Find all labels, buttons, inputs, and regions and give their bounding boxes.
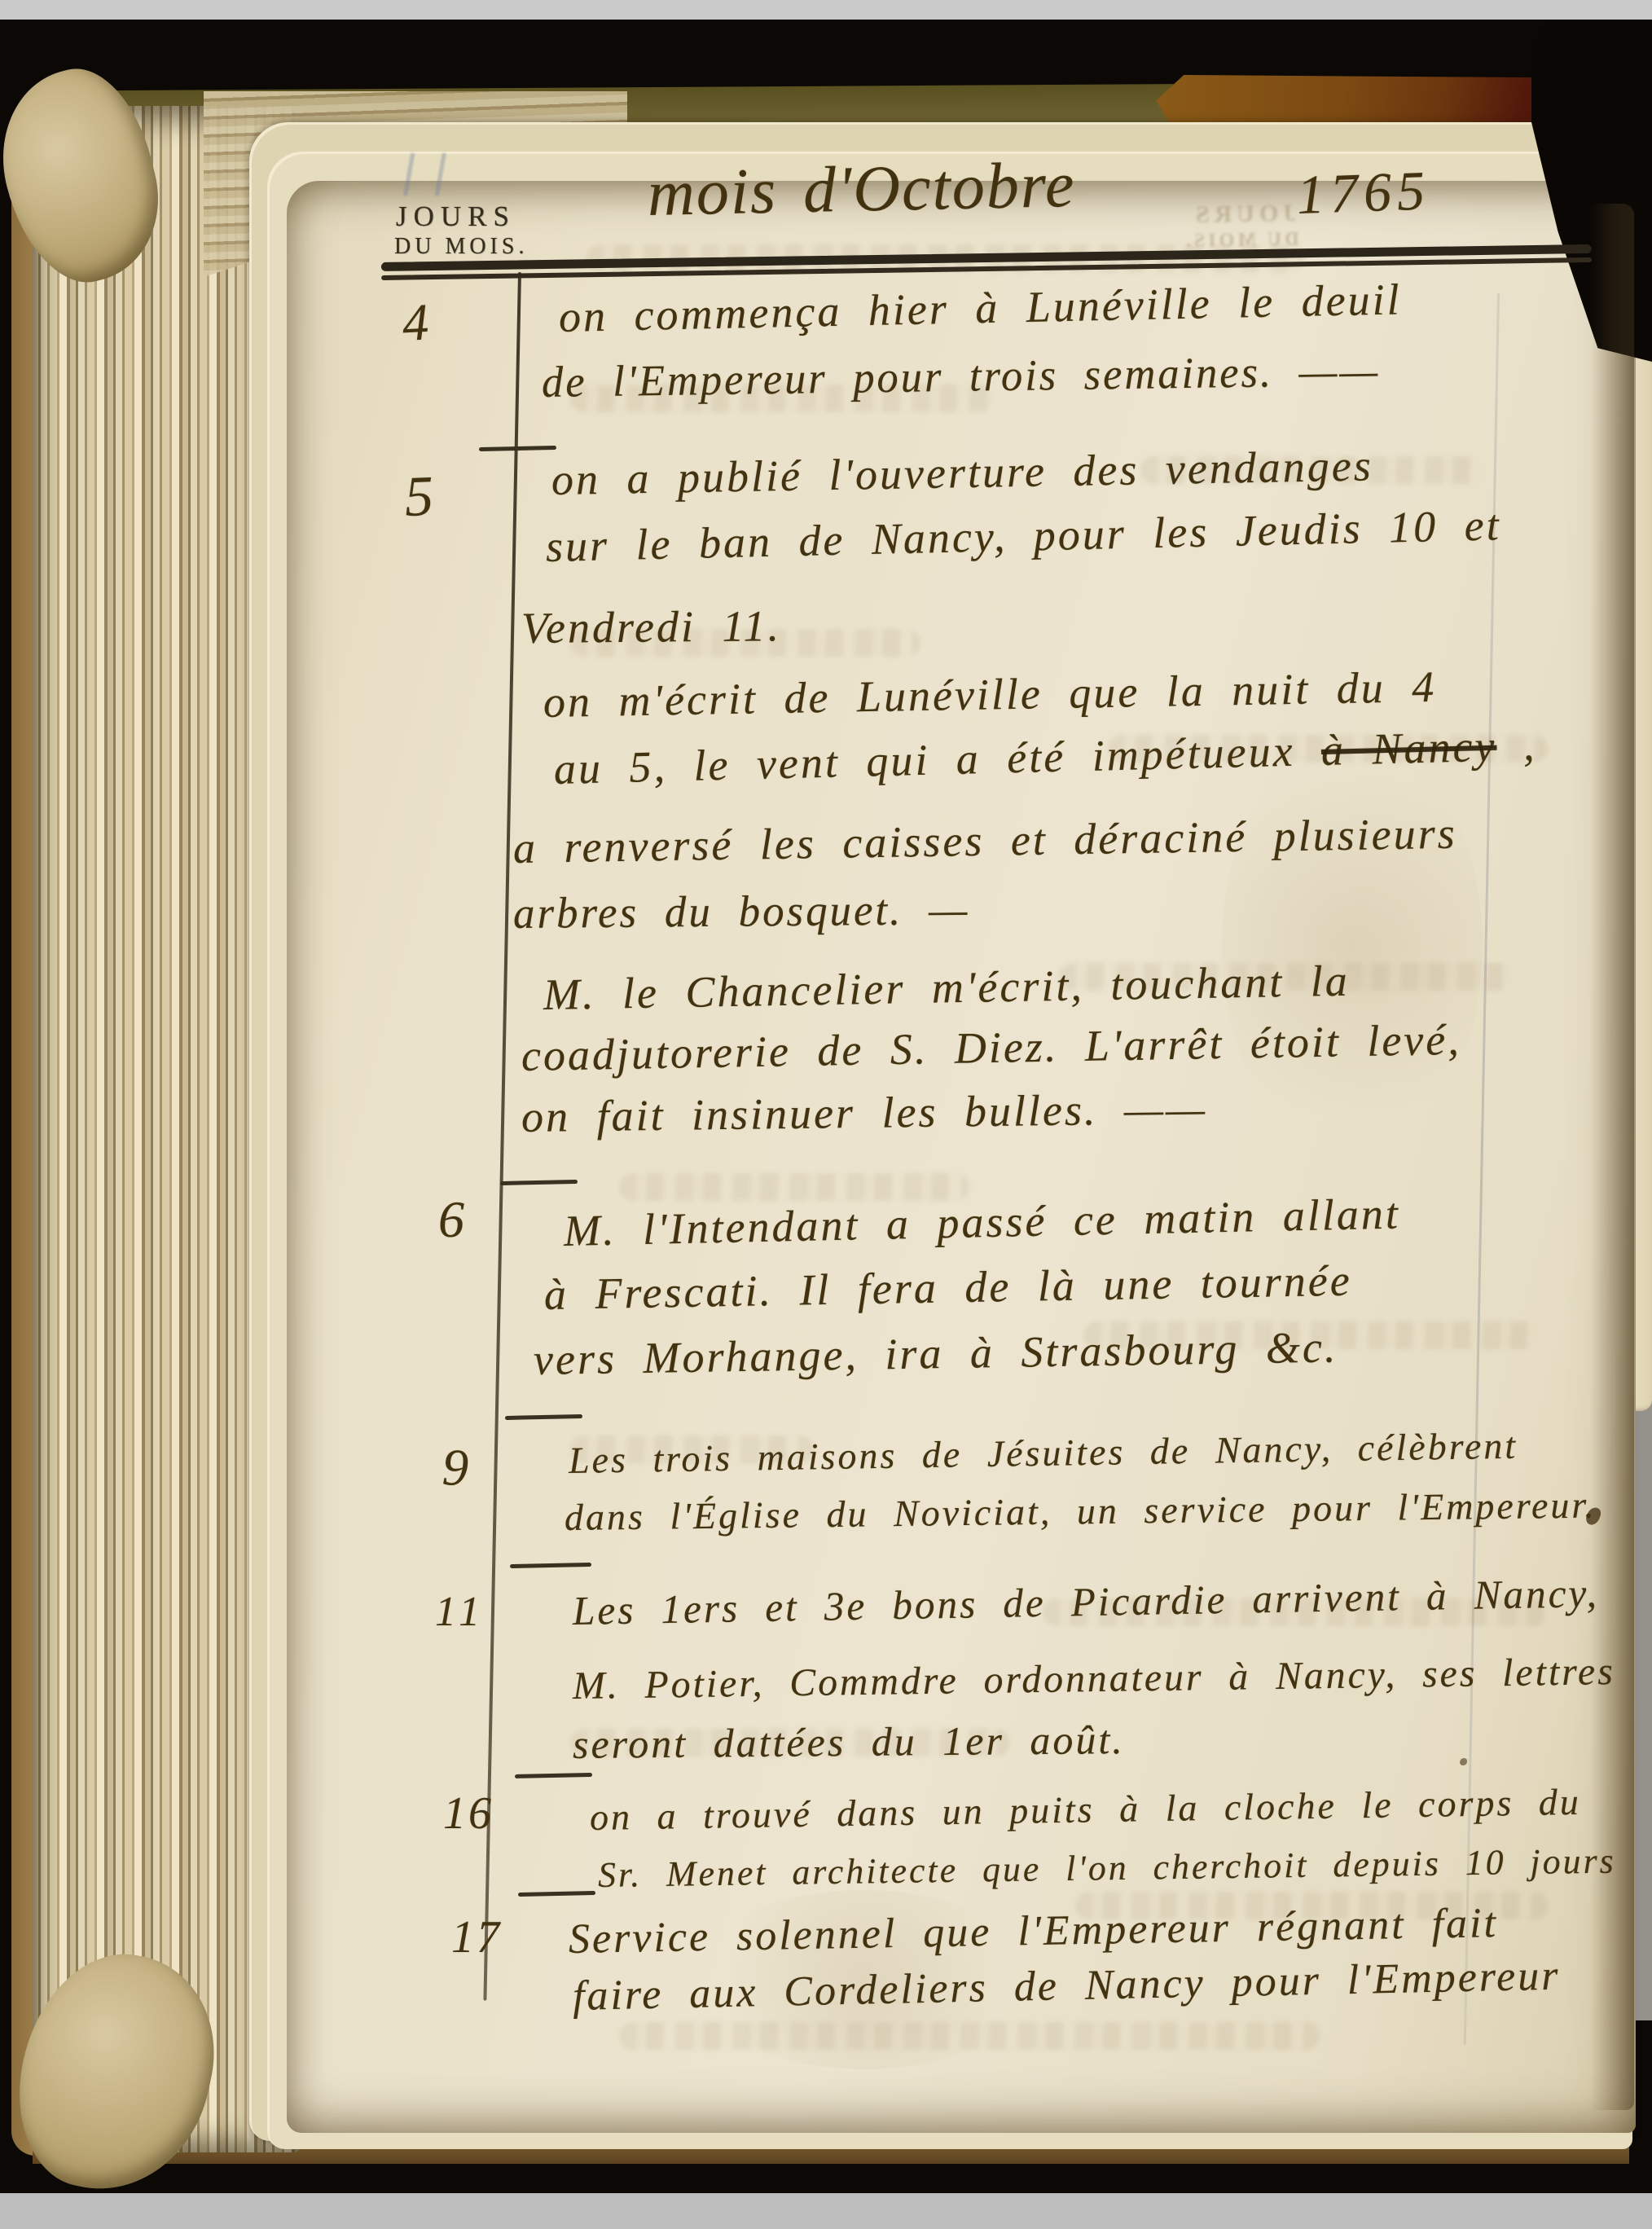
manuscript-scan: JOURS DU MOIS. JOURS DU MOIS. mois d'Oct…: [0, 0, 1652, 2229]
paper-stain: [1222, 733, 1483, 1157]
page-curve-shadow: [1590, 204, 1634, 2110]
entry-line-text: ,: [1496, 721, 1537, 771]
day-number: 4: [401, 293, 433, 352]
entry-line: arbres du bosquet. —: [513, 886, 970, 938]
bleed-through-marks: [619, 1173, 969, 1201]
struck-text: à Nancy: [1320, 722, 1497, 775]
pencil-mark: [398, 153, 463, 196]
days-column-header-line1: JOURS: [396, 200, 516, 233]
day-number: 16: [443, 1789, 494, 1840]
entry-line: on fait insinuer les bulles. ——: [521, 1085, 1208, 1142]
page-title-month: mois d'Octobre: [647, 149, 1076, 230]
day-number: 9: [442, 1439, 472, 1497]
days-column-header-line2: DU MOIS.: [394, 234, 528, 260]
bleed-through-header: JOURS: [1191, 200, 1296, 229]
day-number: 5: [404, 465, 437, 529]
page-title-year: 1765: [1296, 160, 1432, 225]
entry-line: seront dattées du 1er août.: [573, 1717, 1125, 1767]
scanner-background-bottom: [0, 2193, 1652, 2229]
day-number: 17: [451, 1913, 502, 1963]
day-number: 11: [435, 1589, 485, 1635]
entry-line: Vendredi 11.: [521, 602, 781, 653]
scanner-background-top: [0, 0, 1652, 21]
day-number: 6: [438, 1191, 467, 1248]
